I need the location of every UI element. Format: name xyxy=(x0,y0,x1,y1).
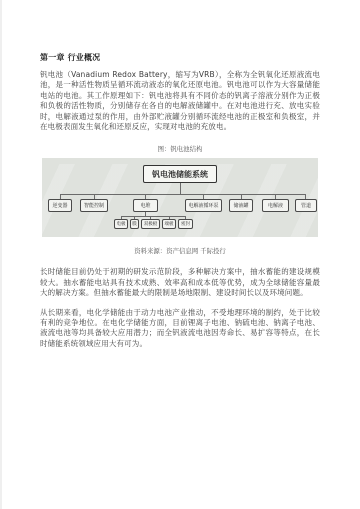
diagram-root-node: 钒电池储能系统 xyxy=(143,165,217,183)
diagram-node-electrolyte: 电解液 xyxy=(262,199,289,212)
diagram-node-seal: 密封 xyxy=(178,219,193,229)
figure-source: 资料来源：资产信息网 千际投行 xyxy=(40,246,320,255)
paragraph-long-term-outlook: 从长期来看，电化学储能由于动力电池产业推动，不受地理环境的制约，处于比较有利的竞… xyxy=(40,308,320,350)
connector-line xyxy=(60,194,306,195)
diagram-node-circulation-pump: 电解液循环泵 xyxy=(185,199,222,212)
connector-line xyxy=(121,216,186,217)
diagram-node-piping: 管道 xyxy=(295,199,317,212)
figure-caption: 图：钒电池结构 xyxy=(40,144,320,153)
paragraph-intro: 钒电池（Vanadium Redox Battery，缩写为VRB），全称为全钒… xyxy=(40,70,320,132)
diagram-node-stack: 电堆 xyxy=(133,199,158,212)
diagram-node-electrode: 电极 xyxy=(114,219,128,229)
diagram-node-storage-tank: 储液罐 xyxy=(229,199,253,212)
diagram-node-membrane: 膜 xyxy=(130,219,139,229)
paragraph-long-duration-storage: 长时储能目前仍处于初期的研发示范阶段，多种解决方案中，抽水蓄能的建设规模较大。抽… xyxy=(40,267,320,298)
diagram-node-bipolar-plate: 双极板 xyxy=(141,219,160,229)
figure-vrb-structure-diagram: 钒电池储能系统 逆变器 智能控制 电堆 电解液循环泵 储液罐 电解液 管道 电极… xyxy=(42,158,318,237)
report-page: 第一章 行业概况 钒电池（Vanadium Redox Battery，缩写为V… xyxy=(40,52,320,349)
diagram-node-inverter: 逆变器 xyxy=(48,199,72,212)
diagram-node-smart-control: 智能控制 xyxy=(80,199,108,212)
page-edge xyxy=(0,0,2,509)
chapter-title: 第一章 行业概况 xyxy=(40,52,320,63)
connector-line xyxy=(180,183,181,194)
diagram-node-end-plate: 端板 xyxy=(162,219,176,229)
